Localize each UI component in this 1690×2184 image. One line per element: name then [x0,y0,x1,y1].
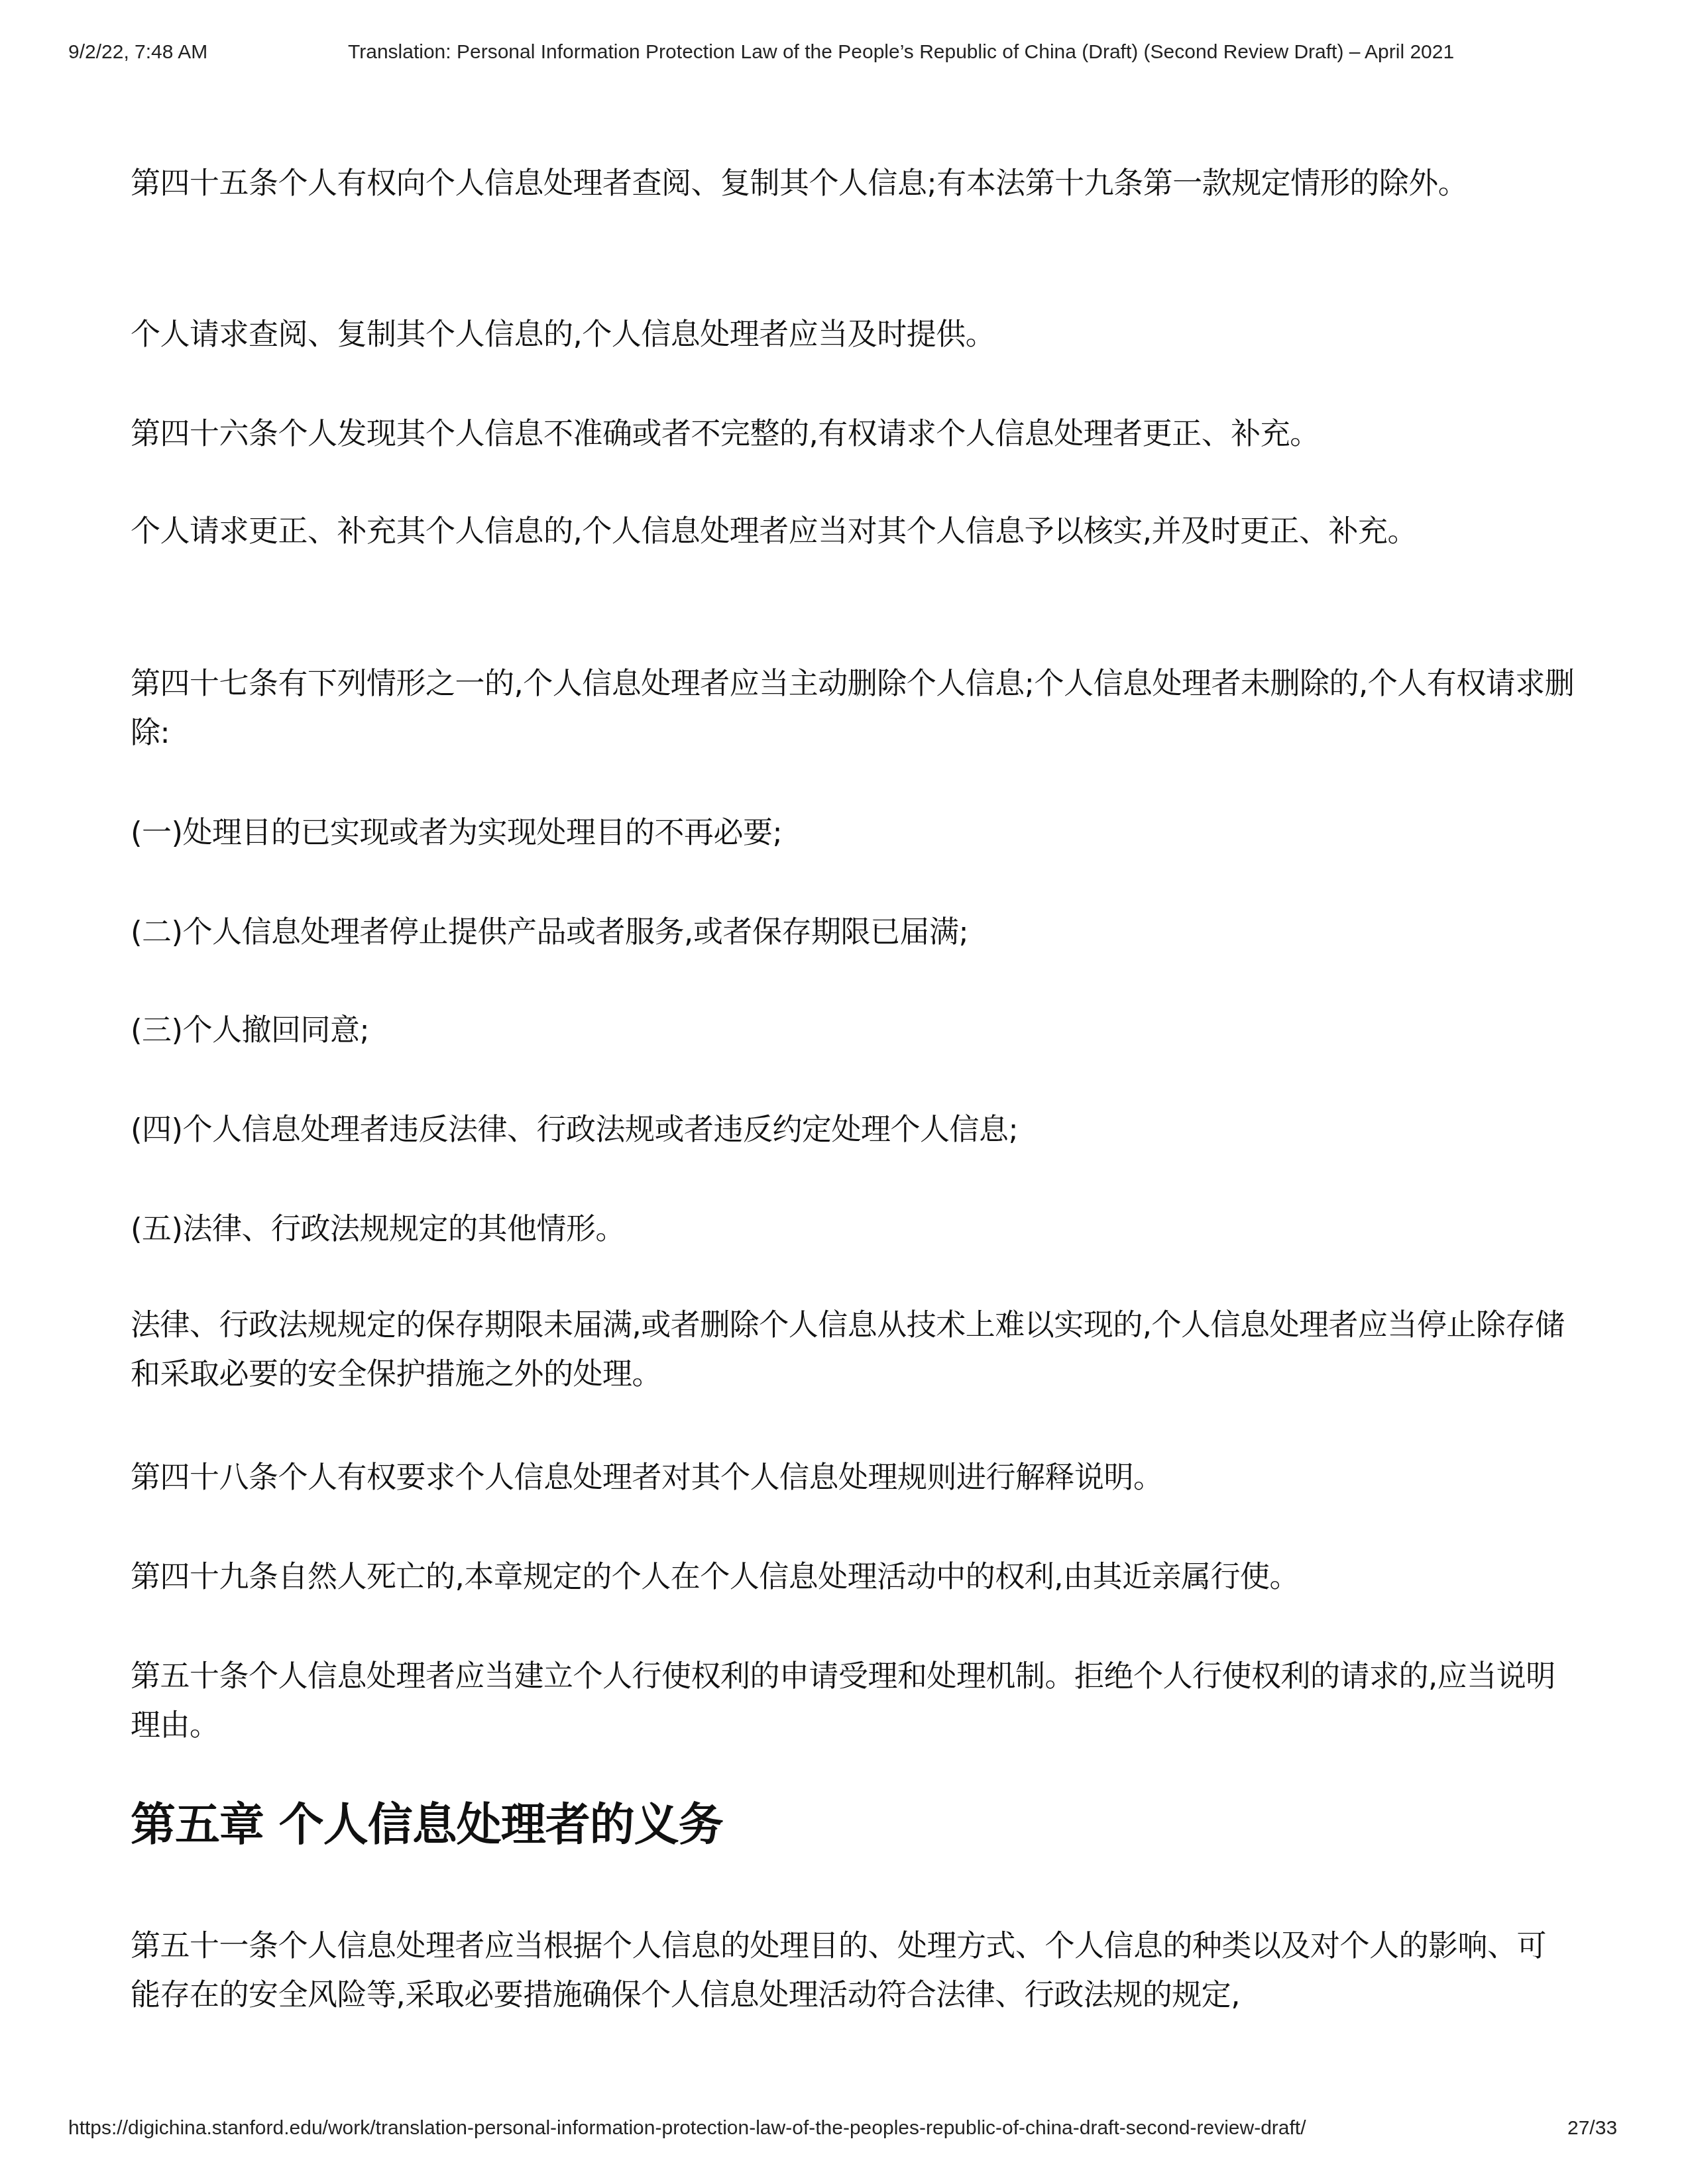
article-47-item-1: (一)处理目的已实现或者为实现处理目的不再必要; [131,808,1575,857]
article-48-paragraph: 第四十八条个人有权要求个人信息处理者对其个人信息处理规则进行解释说明。 [131,1453,1575,1502]
page-title: Translation: Personal Information Protec… [348,41,1454,64]
chapter-heading: 第五章 个人信息处理者的义务 [131,1796,1575,1855]
article-51-paragraph: 第五十一条个人信息处理者应当根据个人信息的处理目的、处理方式、个人信息的种类以及… [131,1922,1575,2020]
article-46-paragraph: 第四十六条个人发现其个人信息不准确或者不完整的,有权请求个人信息处理者更正、补充… [131,409,1575,459]
article-46-clause-2: 个人请求更正、补充其个人信息的,个人信息处理者应当对其个人信息予以核实,并及时更… [131,507,1575,556]
article-47-item-3: (三)个人撤回同意; [131,1006,1575,1055]
article-47-item-5: (五)法律、行政法规规定的其他情形。 [131,1205,1575,1254]
article-50-paragraph: 第五十条个人信息处理者应当建立个人行使权利的申请受理和处理机制。拒绝个人行使权利… [131,1652,1575,1750]
article-47-paragraph: 第四十七条有下列情形之一的,个人信息处理者应当主动删除个人信息;个人信息处理者未… [131,659,1575,757]
print-datetime: 9/2/22, 7:48 AM [68,41,207,64]
article-49-paragraph: 第四十九条自然人死亡的,本章规定的个人在个人信息处理活动中的权利,由其近亲属行使… [131,1553,1575,1602]
page-number: 27/33 [1567,2117,1617,2140]
article-47-item-4: (四)个人信息处理者违反法律、行政法规或者违反约定处理个人信息; [131,1105,1575,1154]
article-45-clause-2: 个人请求查阅、复制其个人信息的,个人信息处理者应当及时提供。 [131,310,1575,359]
article-45-paragraph: 第四十五条个人有权向个人信息处理者查阅、复制其个人信息;有本法第十九条第一款规定… [131,159,1575,208]
article-47-clause-3: 法律、行政法规规定的保存期限未届满,或者删除个人信息从技术上难以实现的,个人信息… [131,1301,1575,1399]
source-url[interactable]: https://digichina.stanford.edu/work/tran… [68,2117,1306,2140]
article-47-item-2: (二)个人信息处理者停止提供产品或者服务,或者保存期限已届满; [131,908,1575,957]
